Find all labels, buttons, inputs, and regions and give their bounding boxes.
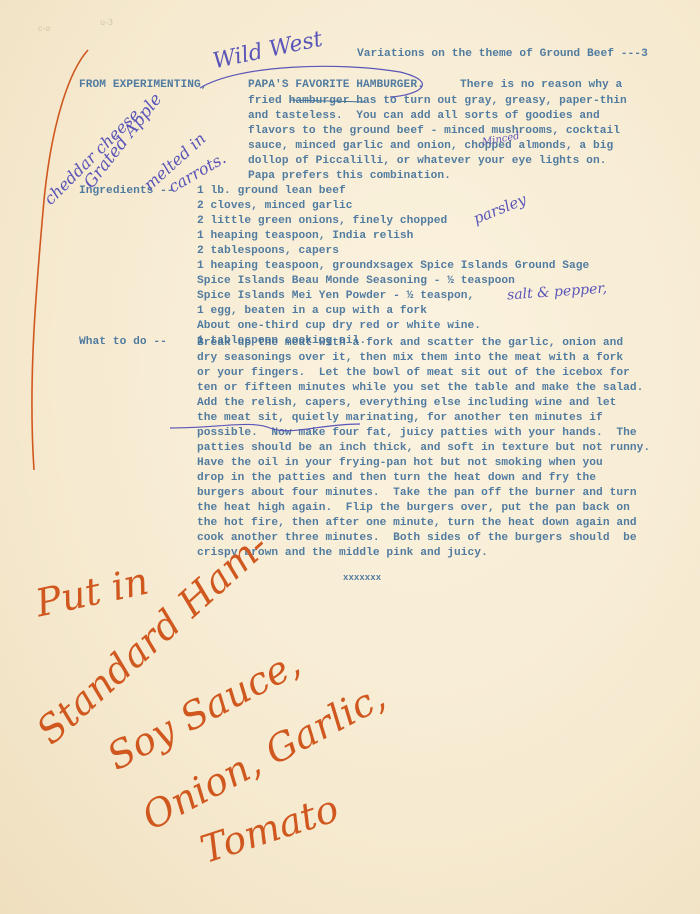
ingredient-item: Spice Islands Mei Yen Powder - ½ teaspon… [197, 290, 474, 303]
method-label: What to do -- [79, 336, 167, 349]
intro-line: Papa prefers this combination. [248, 170, 451, 183]
method-line: burgers about four minutes. Take the pan… [197, 487, 637, 500]
method-line: dry seasonings over it, then mix them in… [197, 352, 623, 365]
method-line: Add the relish, capers, everything else … [197, 397, 616, 410]
corner-mark: u-3 [100, 18, 113, 27]
intro-label: FROM EXPERIMENTING, [79, 79, 208, 92]
ingredient-item: 2 cloves, minced garlic [197, 200, 353, 213]
intro-line: flavors to the ground beef - minced mush… [248, 125, 620, 138]
intro-line: sauce, minced garlic and onion, chopped … [248, 140, 613, 153]
corner-mark: c-o [38, 24, 50, 33]
intro-line: There is no reason why a [460, 79, 622, 92]
ingredient-item: 1 heaping teaspoon, India relish [197, 230, 413, 243]
ingredient-item: 2 little green onions, finely chopped [197, 215, 447, 228]
method-line: the meat sit, quietly marinating, for an… [197, 412, 603, 425]
ingredient-item: 2 tablespoons, capers [197, 245, 339, 258]
method-line: possible. Now make four fat, juicy patti… [197, 427, 637, 440]
method-line: patties should be an inch thick, and sof… [197, 442, 650, 455]
ingredient-item: 1 lb. ground lean beef [197, 185, 346, 198]
intro-line: dollop of Piccalilli, or whatever your e… [248, 155, 606, 168]
ingredient-item: Spice Islands Beau Monde Seasoning - ½ t… [197, 275, 515, 288]
method-line: or your fingers. Let the bowl of meat si… [197, 367, 630, 380]
method-line: ten or fifteen minutes while you set the… [197, 382, 643, 395]
recipe-title: PAPA'S FAVORITE HAMBURGER. [248, 79, 424, 92]
method-line: Break up the meat with a fork and scatte… [197, 337, 623, 350]
method-line: the heat high again. Flip the burgers ov… [197, 502, 630, 515]
method-line: Have the oil in your frying-pan hot but … [197, 457, 603, 470]
method-line: the hot fire, then after one minute, tur… [197, 517, 637, 530]
method-line: drop in the patties and then turn the he… [197, 472, 596, 485]
intro-line: and tasteless. You can add all sorts of … [248, 110, 600, 123]
ingredient-item: 1 egg, beaten in a cup with a fork [197, 305, 427, 318]
page-header: Variations on the theme of Ground Beef -… [357, 48, 648, 61]
ingredient-item: 1 heaping teaspoon, groundxsagex Spice I… [197, 260, 589, 273]
ingredient-item: About one-third cup dry red or white win… [197, 320, 481, 333]
intro-line: fried hamburger has to turn out gray, gr… [248, 95, 627, 108]
end-mark: xxxxxxx [343, 572, 381, 585]
